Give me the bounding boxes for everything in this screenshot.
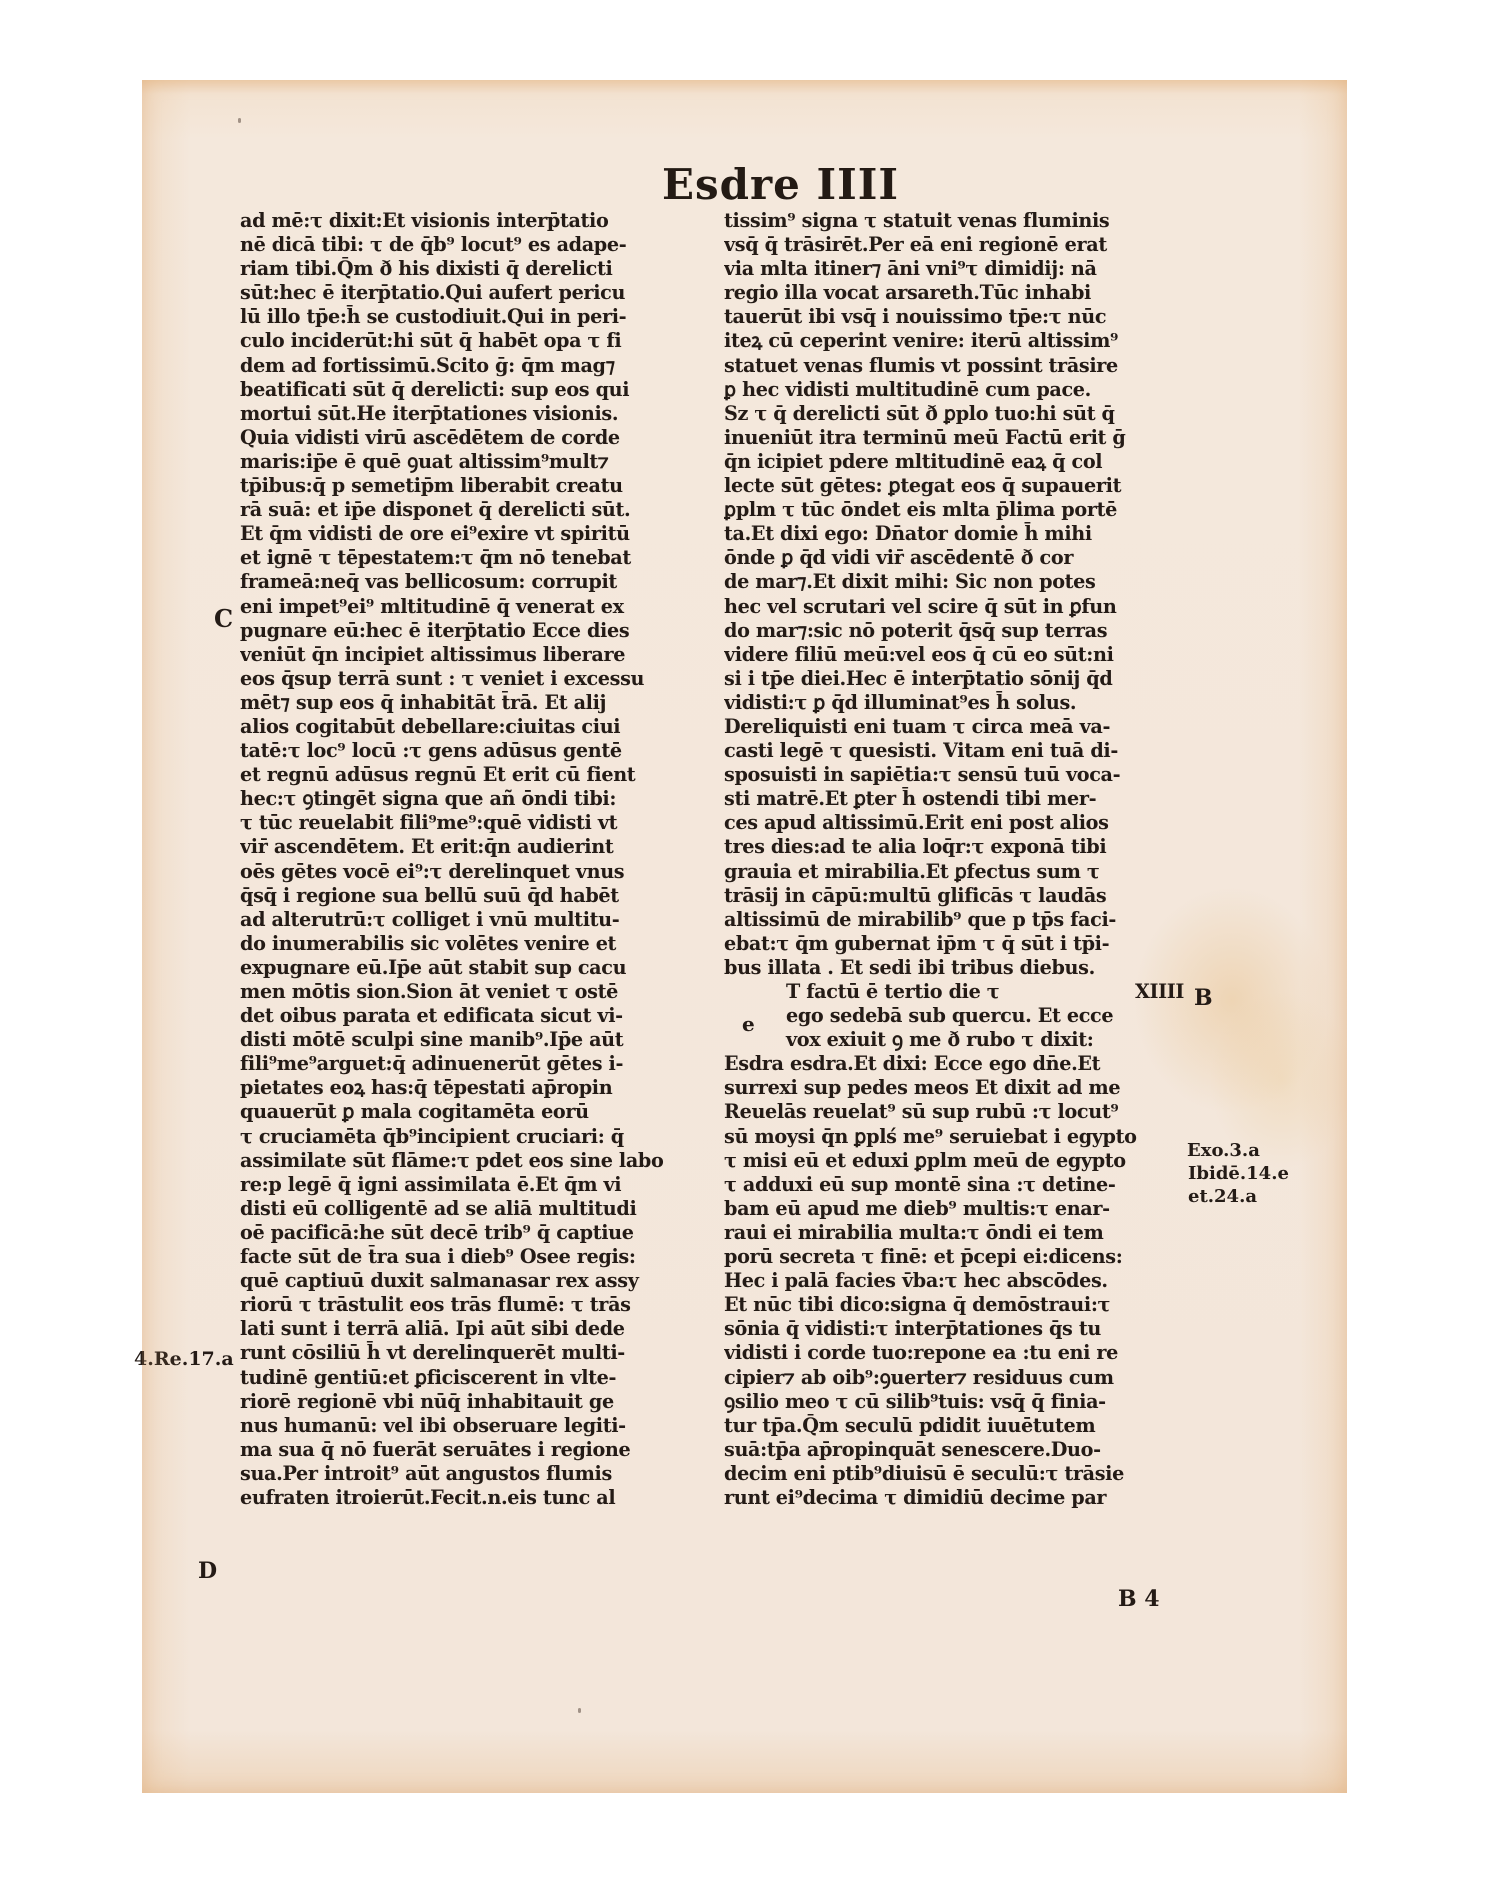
text-line: eni impet⁹ei⁹ mltitudinē q̄ venerat ex (240, 595, 690, 619)
text-line: via mlta itiner⁊ āni vni⁹τ dimidij: nā (724, 257, 1184, 281)
text-line: sua.Per introit⁹ aūt angustos flumis (240, 1462, 690, 1486)
text-line: rā suā: et ip̄e disponet q̄ derelicti sū… (240, 498, 690, 522)
book-leaf: Esdre IIII ad mē:τ dixit:Et visionis int… (142, 80, 1347, 1793)
text-line: q̄n icipiet pdere mltitudinē eaꝝ q̄ col (724, 450, 1184, 474)
text-line: grauia et mirabilia.Et ꝑfectus sum τ (724, 860, 1184, 884)
text-line: nus humanū: vel ibi obseruare legiti- (240, 1414, 690, 1438)
text-line: pietates eoꝝ has:q̄ tēpestati ap̄ropin (240, 1076, 690, 1100)
text-line: tauerūt ibi vsq̄ i nouissimo tp̄e:τ nūc (724, 305, 1184, 329)
chapter-number: XIIII (1135, 980, 1184, 1004)
text-line: hec:τ ꝯtingēt signa que añ ōndi tibi: (240, 787, 690, 811)
text-line: vidisti:τ ꝑ q̄d illuminat⁹es h̄ solus. (724, 691, 1184, 715)
text-line: tudinē gentiū:et ꝑficiscerent in vlte- (240, 1366, 690, 1390)
text-line: vidisti i corde tuo:repone ea :tu eni re (724, 1341, 1184, 1365)
text-line: τ cruciamēta q̄b⁹incipient cruciari: q̄ (240, 1125, 690, 1149)
text-line: re:p legē q̄ igni assimilata ē.Et q̄m vi (240, 1173, 690, 1197)
text-line: bus illata . Et sedi ibi tribus diebus. (724, 956, 1184, 980)
text-line: eos q̄sup terrā sunt : τ veniet i excess… (240, 667, 690, 691)
text-line: det oibus parata et edificata sicut vi- (240, 1004, 690, 1028)
text-line: ōnde ꝑ q̄d vidi vir̄ ascēdentē ð cor (724, 546, 1184, 570)
text-line: inueniūt itra terminū meū Factū erit ḡ (724, 426, 1184, 450)
text-line: ad alterutrū:τ colliget i vnū multitu- (240, 908, 690, 932)
text-line: vox exiuit ꝯ me ð rubo τ dixit: (724, 1028, 1184, 1052)
text-column-right: tissim⁹ signa τ statuit venas fluminisvs… (724, 209, 1184, 1510)
text-line: ta.Et dixi ego: Dn̄ator domie h̄ mihi (724, 522, 1184, 546)
text-line: do inumerabilis sic volētes venire et (240, 932, 690, 956)
text-line: τ tūc reuelabit fili⁹me⁹:quē vidisti vt (240, 811, 690, 835)
text-line: sōnia q̄ vidisti:τ interp̄tationes q̄s t… (724, 1317, 1184, 1341)
text-line: disti mōtē sculpi sine manib⁹.Ip̄e aūt (240, 1028, 690, 1052)
chapter-opening-text: T factū ē tertio die τ (786, 980, 999, 1004)
text-line: quauerūt ꝑ mala cogitamēta eorū (240, 1100, 690, 1124)
text-line: τ adduxi eū sup montē sina :τ detine- (724, 1173, 1184, 1197)
text-line: sti matrē.Et ꝑter h̄ ostendi tibi mer- (724, 787, 1184, 811)
text-line: cipier⁊ ab oib⁹:ꝯuerter⁊ residuus cum (724, 1366, 1184, 1390)
text-line: bam eū apud me dieb⁹ multis:τ enar- (724, 1197, 1184, 1221)
text-line: si i tp̄e diei.Hec ē interp̄tatio sōnij … (724, 667, 1184, 691)
text-line: expugnare eū.Ip̄e aūt stabit sup cacu (240, 956, 690, 980)
text-line: Dereliquisti eni tuam τ circa meā va- (724, 715, 1184, 739)
text-line: q̄sq̄ i regione sua bellū suū q̄d habēt (240, 884, 690, 908)
text-line: sū moysi q̄n ꝑplś me⁹ seruiebat i egypto (724, 1125, 1184, 1149)
text-line: Reuelās reuelat⁹ sū sup rubū :τ locut⁹ (724, 1100, 1184, 1124)
margin-letter-e: e (742, 1012, 755, 1036)
text-line: ꝑplm τ tūc ōndet eis mlta p̄lima portē (724, 498, 1184, 522)
text-line: mortui sūt.He iterp̄tationes visionis. (240, 402, 690, 426)
text-line: τ misi eū et eduxi ꝑplm meū de egypto (724, 1149, 1184, 1173)
text-line: veniūt q̄n incipiet altissimus liberare (240, 643, 690, 667)
text-line: ꝑ hec vidisti multitudinē cum pace. (724, 378, 1184, 402)
text-line: fili⁹me⁹arguet:q̄ adinuenerūt gētes i- (240, 1052, 690, 1076)
text-line: lecte sūt gētes: ꝑtegat eos q̄ supauerit (724, 474, 1184, 498)
text-line: riam tibi.Q̄m ð his dixisti q̄ derelicti (240, 257, 690, 281)
text-line: raui ei mirabilia multa:τ ōndi ei tem (724, 1221, 1184, 1245)
text-line: decim eni ptib⁹diuisū ē seculū:τ trāsie (724, 1462, 1184, 1486)
text-line: alios cogitabūt debellare:ciuitas ciui (240, 715, 690, 739)
text-line: surrexi sup pedes meos Et dixit ad me (724, 1076, 1184, 1100)
text-line: Sz τ q̄ derelicti sūt ð ꝑplo tuo:hi sūt … (724, 402, 1184, 426)
text-column-left: ad mē:τ dixit:Et visionis interp̄tationē… (240, 209, 690, 1510)
text-line: sūt:hec ē iterp̄tatio.Qui aufert pericu (240, 281, 690, 305)
text-line: lati sunt i terrā aliā. Ipi aūt sibi ded… (240, 1317, 690, 1341)
text-line: beatificati sūt q̄ derelicti: sup eos qu… (240, 378, 690, 402)
text-line: regio illa vocat arsareth.Tūc inhabi (724, 281, 1184, 305)
text-line: oē pacificā:he sūt decē trib⁹ q̄ captiue (240, 1221, 690, 1245)
ink-speck (578, 1708, 581, 1713)
text-line: Et nūc tibi dico:signa q̄ demōstraui:τ (724, 1293, 1184, 1317)
text-line: tur tp̄a.Q̄m seculū pdidit iuuētutem (724, 1414, 1184, 1438)
text-line: iteꝝ cū ceperint venire: iterū altissim⁹ (724, 329, 1184, 353)
text-line: de mar⁊.Et dixit mihi: Sic non potes (724, 570, 1184, 594)
text-line: vsq̄ q̄ trāsirēt.Per eā eni regionē erat (724, 233, 1184, 257)
text-line: runt cōsiliū h̄ vt derelinquerēt multi- (240, 1341, 690, 1365)
text-line: riorū τ trāstulit eos trās flumē: τ trās (240, 1293, 690, 1317)
text-line: mēt⁊ sup eos q̄ inhabitāt t̄rā. Et alij (240, 691, 690, 715)
text-line: casti legē τ quesisti. Vitam eni tuā di- (724, 739, 1184, 763)
signature-mark: B 4 (1118, 1586, 1160, 1612)
text-line: statuet venas flumis vt possint trāsire (724, 354, 1184, 378)
text-line: ebat:τ q̄m gubernat ip̄m τ q̄ sūt i tp̄i… (724, 932, 1184, 956)
margin-reference-kings: 4.Re.17.a (134, 1348, 234, 1370)
margin-reference-exodus: Exo.3.a (1187, 1140, 1260, 1161)
text-line: eufraten itroierūt.Fecit.n.eis tunc al (240, 1486, 690, 1510)
text-line: culo inciderūt:hi sūt q̄ habēt opa τ fi (240, 329, 690, 353)
text-line: Quia vidisti virū ascēdētem de corde (240, 426, 690, 450)
margin-letter-c: C (214, 604, 233, 633)
margin-reference-et: et.24.a (1188, 1186, 1257, 1207)
text-line: et regnū adūsus regnū Et erit cū fient (240, 763, 690, 787)
text-line: men mōtis sion.Sion āt veniet τ ostē (240, 980, 690, 1004)
text-line: maris:ip̄e ē quē ꝯuat altissim⁹mult⁊ (240, 450, 690, 474)
text-line: tatē:τ loc⁹ locū :τ gens adūsus gentē (240, 739, 690, 763)
text-line: pugnare eū:hec ē iterp̄tatio Ecce dies (240, 619, 690, 643)
text-line: dem ad fortissimū.Scito ḡ: q̄m mag⁊ (240, 354, 690, 378)
margin-reference-ibidem: Ibidē.14.e (1188, 1163, 1289, 1184)
text-line: videre filiū meū:vel eos q̄ cū eo sūt:ni (724, 643, 1184, 667)
text-line: hec vel scrutari vel scire q̄ sūt in ꝑfu… (724, 595, 1184, 619)
text-line: oēs gētes vocē ei⁹:τ derelinquet vnus (240, 860, 690, 884)
text-line: suā:tp̄a ap̄ropinquāt senescere.Duo- (724, 1438, 1184, 1462)
text-line: porū secreta τ finē: et p̄cepi ei:dicens… (724, 1245, 1184, 1269)
margin-letter-b: B (1194, 985, 1213, 1011)
text-line: Et q̄m vidisti de ore ei⁹exire vt spirit… (240, 522, 690, 546)
text-line: do mar⁊:sic nō poterit q̄sq̄ sup terras (724, 619, 1184, 643)
text-line: tissim⁹ signa τ statuit venas fluminis (724, 209, 1184, 233)
text-line: et ignē τ tēpestatem:τ q̄m nō tenebat (240, 546, 690, 570)
text-line: disti eū colligentē ad se aliā multitudi (240, 1197, 690, 1221)
text-line: sposuisti in sapiētia:τ sensū tuū voca- (724, 763, 1184, 787)
text-line: ad mē:τ dixit:Et visionis interp̄tatio (240, 209, 690, 233)
running-head: Esdre IIII (662, 160, 962, 209)
margin-letter-d: D (198, 1558, 217, 1584)
text-line: trāsij in cāpū:multū glificās τ laudās (724, 884, 1184, 908)
text-line: frameā:neq̄ vas bellicosum: corrupit (240, 570, 690, 594)
text-line: tp̄ibus:q̄ p semetip̄m liberabit creatu (240, 474, 690, 498)
text-line: Hec i palā facies v̄ba:τ hec abscōdes. (724, 1269, 1184, 1293)
text-line: vir̄ ascendētem. Et erit:q̄n audierint (240, 835, 690, 859)
text-line: ego sedebā sub quercu. Et ecce (724, 1004, 1184, 1028)
text-line: tres dies:ad te alia loq̄r:τ exponā tibi (724, 835, 1184, 859)
text-line: Esdra esdra.Et dixi: Ecce ego dn̄e.Et (724, 1052, 1184, 1076)
text-line: runt ei⁹decima τ dimidiū decime par (724, 1486, 1184, 1510)
text-line: ces apud altissimū.Erit eni post alios (724, 811, 1184, 835)
text-line: ma sua q̄ nō fuerāt seruātes i regione (240, 1438, 690, 1462)
text-line: ꝯsilio meo τ cū silib⁹tuis: vsq̄ q̄ fini… (724, 1390, 1184, 1414)
text-line: lū illo tp̄e:h̄ se custodiuit.Qui in per… (240, 305, 690, 329)
text-line: facte sūt de t̄ra sua i dieb⁹ Osee regis… (240, 1245, 690, 1269)
text-line: nē dicā tibi: τ de q̄b⁹ locut⁹ es adape- (240, 233, 690, 257)
ink-speck (238, 118, 241, 123)
text-line: T factū ē tertio die τXIIII (724, 980, 1184, 1004)
text-line: altissimū de mirabilib⁹ que p tp̄s faci- (724, 908, 1184, 932)
text-line: assimilate sūt flāme:τ pdet eos sine lab… (240, 1149, 690, 1173)
text-line: quē captiuū duxit salmanasar rex assy (240, 1269, 690, 1293)
text-line: riorē regionē vbi nūq̄ inhabitauit ge (240, 1390, 690, 1414)
